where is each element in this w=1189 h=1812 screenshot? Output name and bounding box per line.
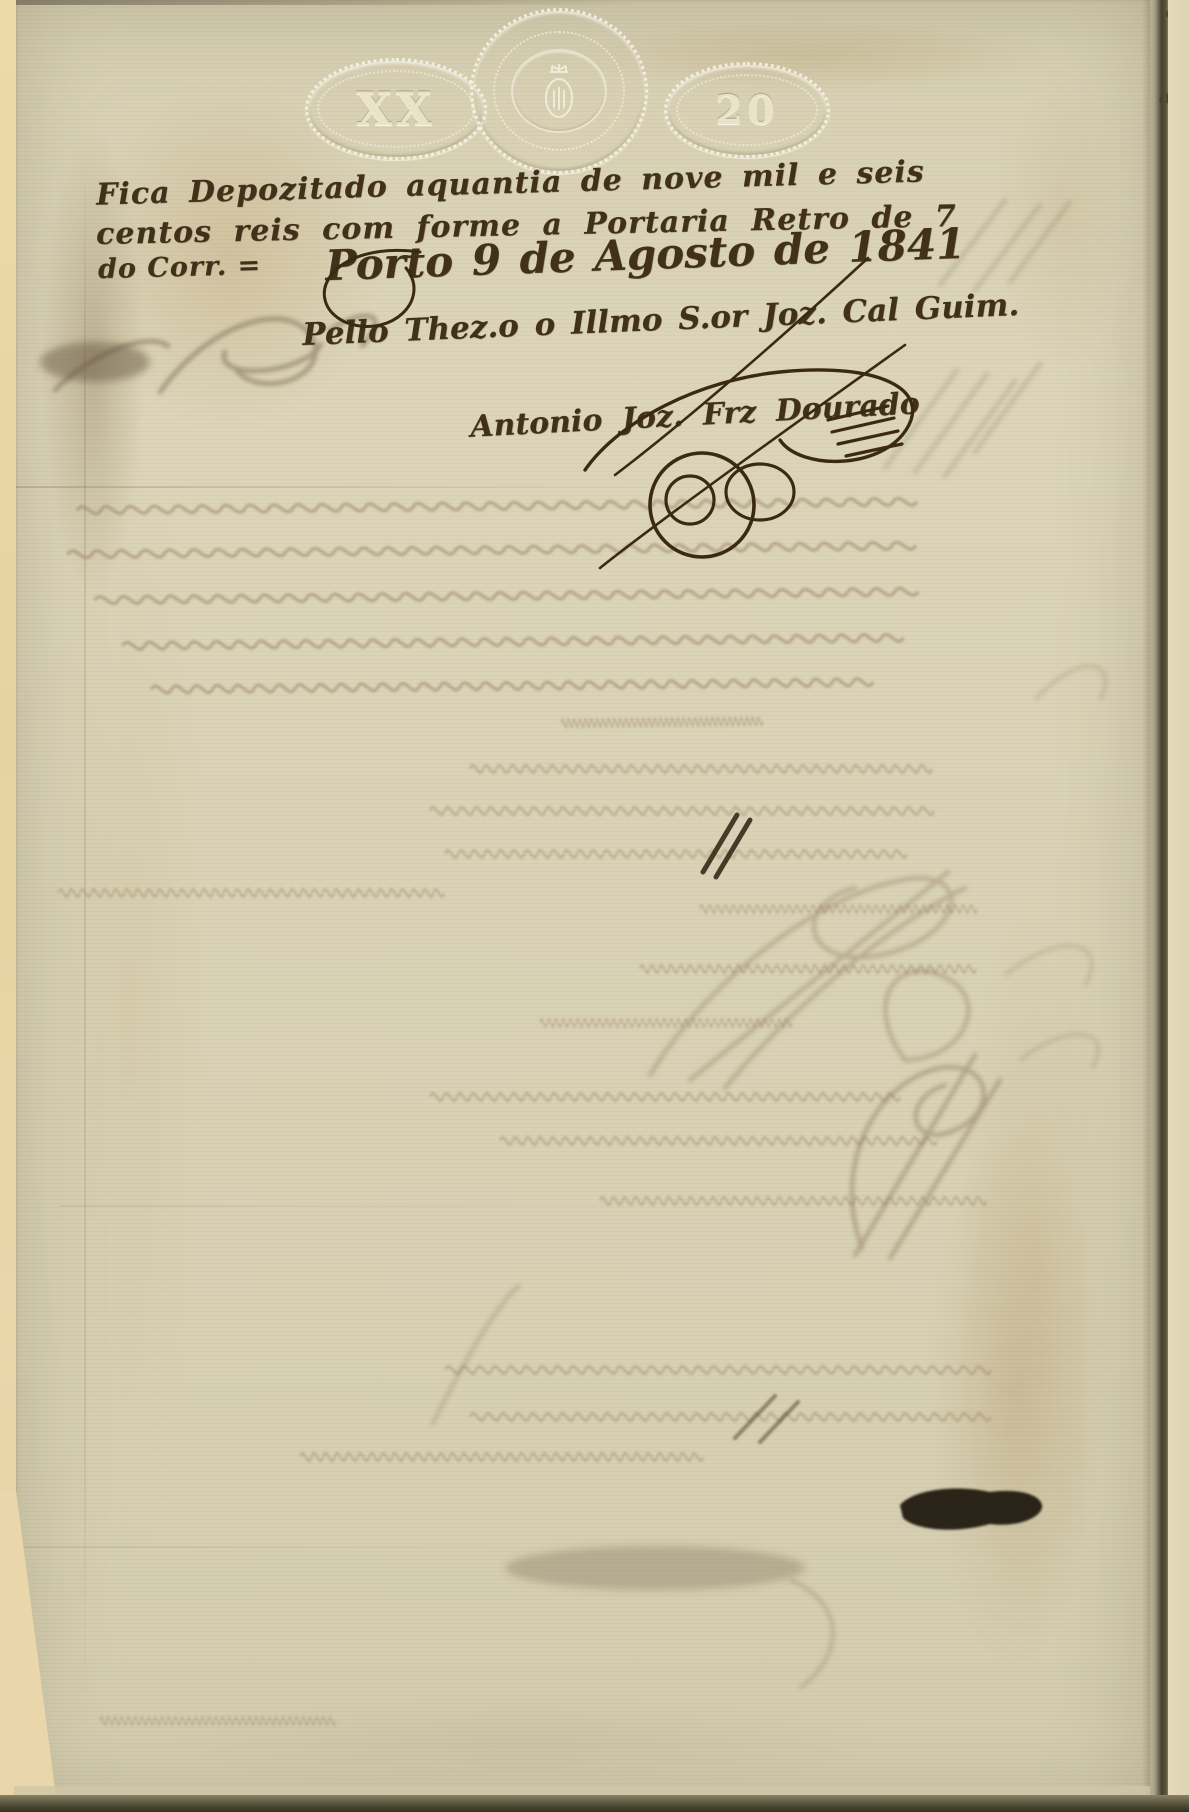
manuscript-scan: XX 20	[0, 0, 1189, 1812]
rubric-long-diagonal	[600, 345, 905, 568]
rubric-right-loop	[585, 370, 913, 470]
signature-rubric	[324, 250, 912, 568]
gutter-shadow	[1142, 0, 1170, 1812]
scan-bottom-edge	[0, 1795, 1189, 1812]
next-page-sliver	[1168, 0, 1189, 1812]
ink-flourish-layer	[0, 0, 1189, 1812]
rubric-hatching	[828, 406, 902, 456]
porto-capital-flourish	[324, 250, 420, 326]
rubric-side-loop	[726, 464, 794, 520]
ascender-sweep	[615, 258, 868, 475]
